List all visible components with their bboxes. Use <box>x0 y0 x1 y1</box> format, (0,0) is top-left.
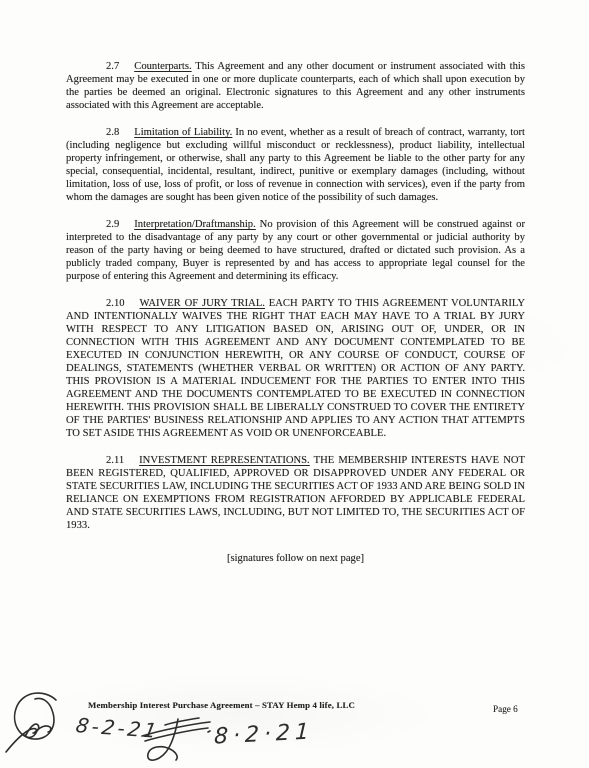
section-paragraph: 2.7Counterparts. This Agreement and any … <box>66 60 525 112</box>
handwritten-date-center: 8·2·21 <box>214 719 315 749</box>
section-heading: Counterparts. <box>134 61 191 72</box>
scanned-document-page: 2.7Counterparts. This Agreement and any … <box>0 0 589 768</box>
section-number: 2.7 <box>106 61 119 72</box>
document-body: 2.7Counterparts. This Agreement and any … <box>66 60 525 565</box>
section-body: EACH PARTY TO THIS AGREEMENT VOLUNTARILY… <box>66 298 525 439</box>
section-number: 2.8 <box>106 127 119 138</box>
handwritten-monogram-icon <box>138 714 212 768</box>
section-number: 2.11 <box>106 455 124 466</box>
section-body: THE MEMBERSHIP INTERESTS HAVE NOT BEEN R… <box>66 455 525 531</box>
section-heading: WAIVER OF JURY TRIAL. <box>140 298 265 309</box>
section-paragraph: 2.8Limitation of Liability. In no event,… <box>66 126 525 204</box>
section-heading: Limitation of Liability. <box>134 127 232 138</box>
section-paragraph: 2.10WAIVER OF JURY TRIAL. EACH PARTY TO … <box>66 297 525 440</box>
footer-document-title: Membership Interest Purchase Agreement –… <box>88 700 355 710</box>
section-paragraph: 2.9Interpretation/Draftmanship. No provi… <box>66 218 525 283</box>
section-paragraph: 2.11INVESTMENT REPRESENTATIONS. THE MEMB… <box>66 454 525 532</box>
section-heading: INVESTMENT REPRESENTATIONS. <box>139 455 310 466</box>
section-heading: Interpretation/Draftmanship. <box>134 219 256 230</box>
section-body: In no event, whether as a result of brea… <box>66 127 525 203</box>
handwritten-initials-icon <box>4 688 84 764</box>
section-number: 2.9 <box>106 219 119 230</box>
page-number: Page 6 <box>493 704 518 714</box>
signatures-note: [signatures follow on next page] <box>66 552 525 565</box>
section-number: 2.10 <box>106 298 125 309</box>
